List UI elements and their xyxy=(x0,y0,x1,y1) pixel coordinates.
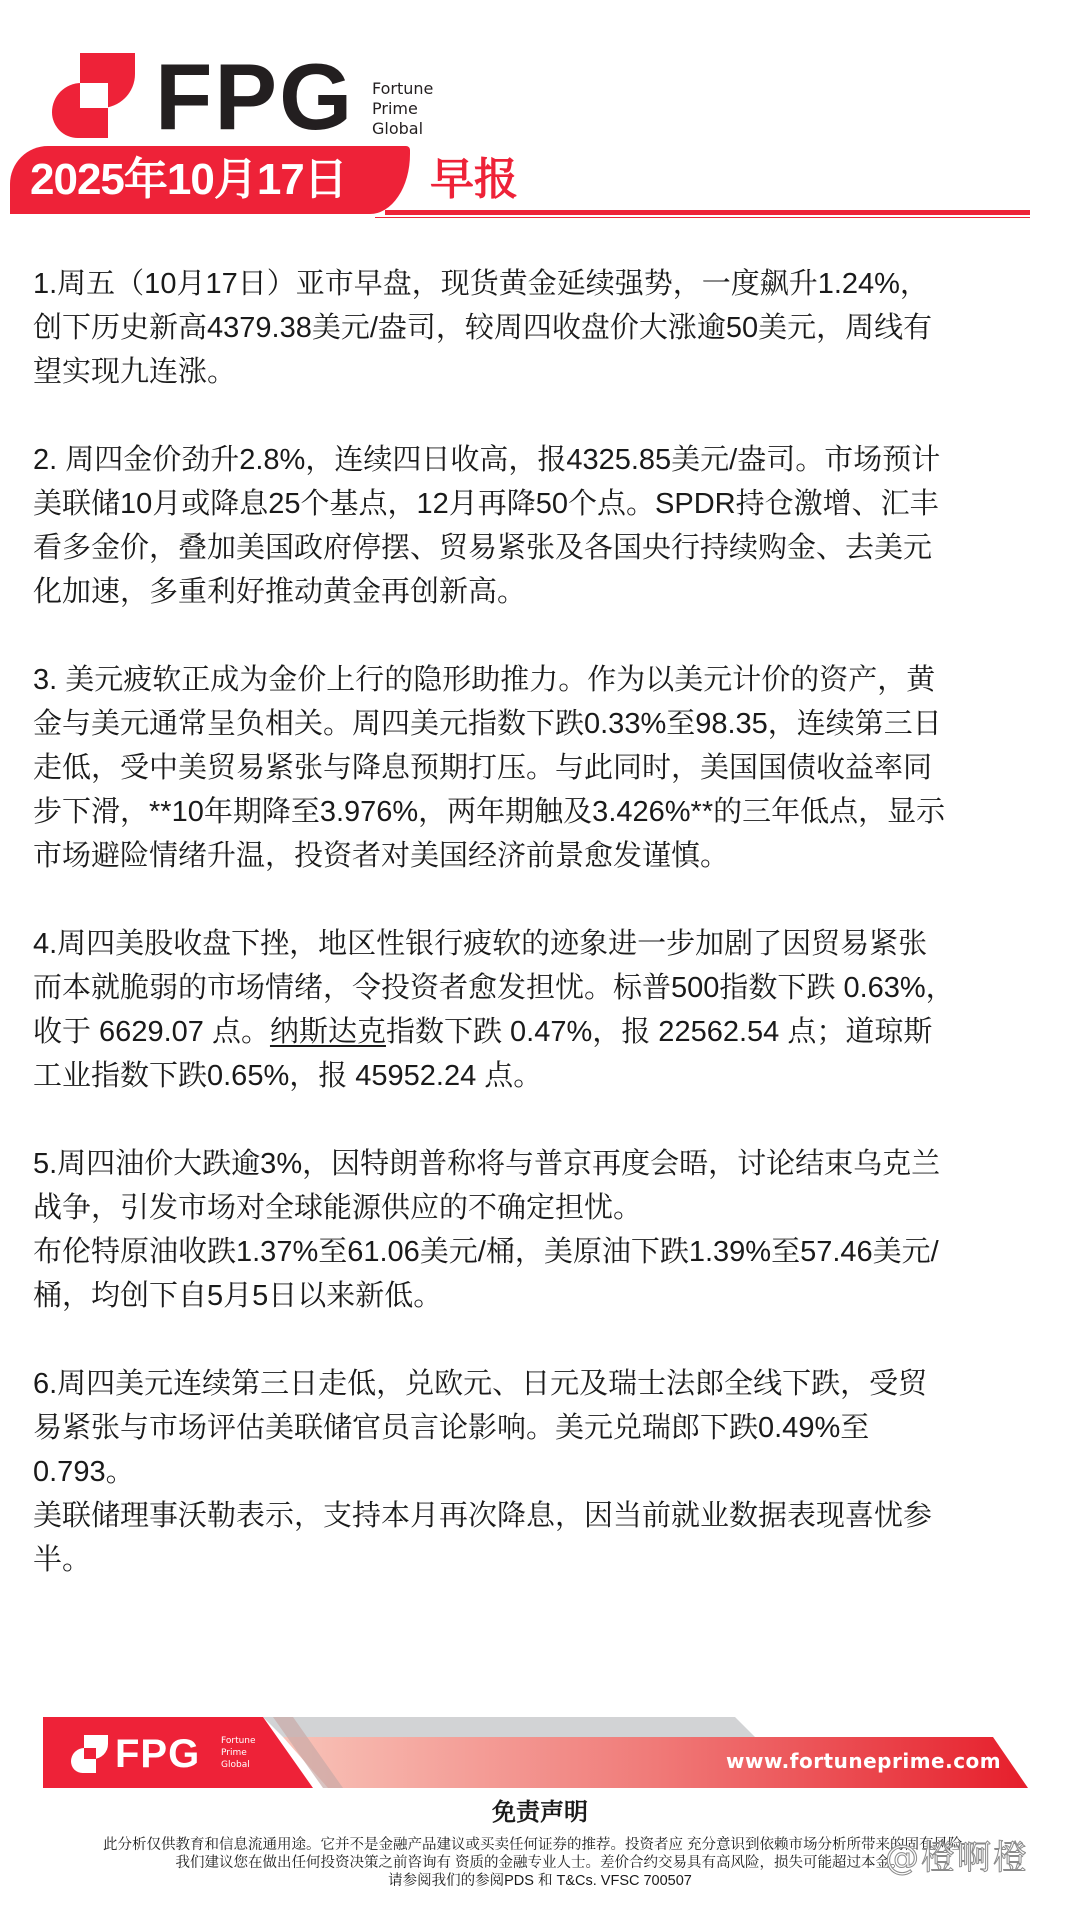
news-item-6: 6.周四美元连续第三日走低，兑欧元、日元及瑞士法郎全线下跌，受贸 易紧张与市场评… xyxy=(33,1362,1053,1582)
news-item-2: 2. 周四金价劲升2.8%，连续四日收高，报4325.85美元/盎司。市场预计 … xyxy=(33,438,1053,614)
brand-subtitle: Fortune Prime Global xyxy=(372,79,433,139)
header-divider xyxy=(385,210,1030,215)
report-title: 早报 xyxy=(430,150,518,210)
brand-name: FPG xyxy=(155,54,354,140)
website-url[interactable]: www.fortuneprime.com xyxy=(726,1747,1001,1775)
report-date: 2025年10月17日 xyxy=(30,150,347,210)
footer-logo-mark-icon xyxy=(71,1735,109,1773)
article-body: 1.周五（10月17日）亚市早盘，现货黄金延续强势，一度飙升1.24%， 创下历… xyxy=(33,262,1053,1626)
disclaimer-title: 免责声明 xyxy=(0,1796,1080,1828)
footer-banner: FPG Fortune Prime Global www.fortuneprim… xyxy=(43,1717,1033,1789)
fpg-logo: FPG Fortune Prime Global xyxy=(52,52,472,140)
news-item-3: 3. 美元疲软正成为金价上行的隐形助推力。作为以美元计价的资产，黄 金与美元通常… xyxy=(33,658,1053,878)
header-divider-thin xyxy=(375,217,1030,218)
nasdaq-link[interactable]: 纳斯达克 xyxy=(270,1016,386,1048)
news-item-4: 4.周四美股收盘下挫，地区性银行疲软的迹象进一步加剧了因贸易紧张 而本就脆弱的市… xyxy=(33,922,1053,1098)
fpg-logo-mark-icon xyxy=(52,52,138,138)
footer-fpg-logo: FPG Fortune Prime Global xyxy=(71,1731,291,1775)
news-item-4-line-3: 收于 6629.07 点。纳斯达克指数下跌 0.47%，报 22562.54 点… xyxy=(33,1010,1053,1054)
watermark: @橙啊橙 xyxy=(885,1838,1029,1878)
news-item-5: 5.周四油价大跌逾3%，因特朗普称将与普京再度会晤，讨论结束乌克兰 战争，引发市… xyxy=(33,1142,1053,1318)
news-item-1: 1.周五（10月17日）亚市早盘，现货黄金延续强势，一度飙升1.24%， 创下历… xyxy=(33,262,1053,394)
